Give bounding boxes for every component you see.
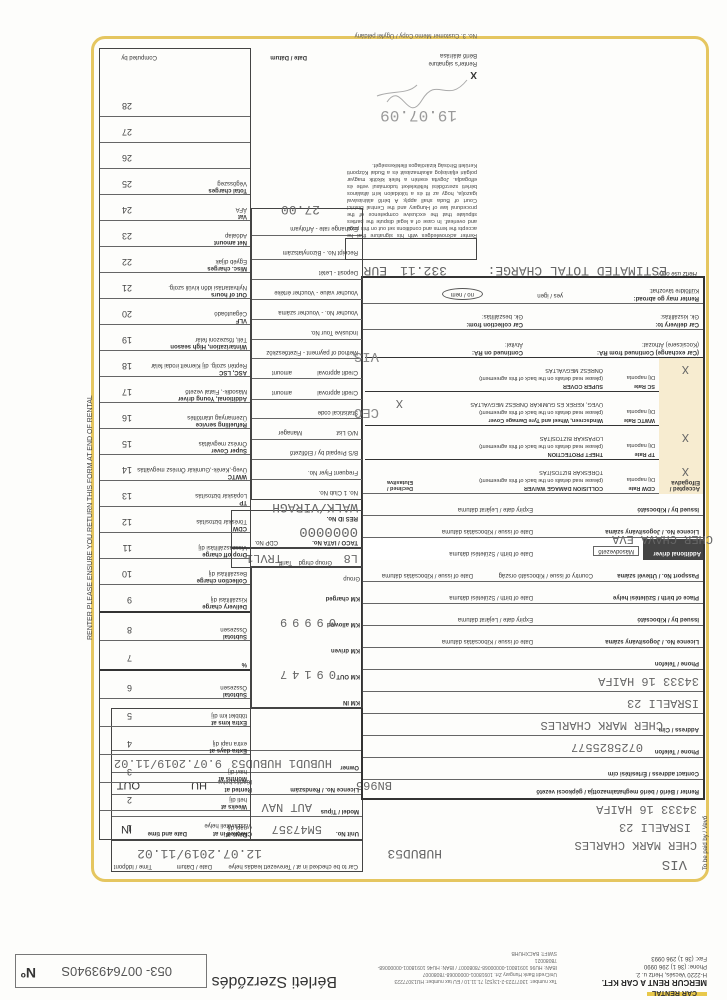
charge-row-24: VatÁFA27.0024 bbox=[100, 194, 250, 221]
coverage-sc-note: (please read details on the back of this… bbox=[479, 375, 603, 381]
charge-row-19: Wintarization, High seasonTéli, főszezon… bbox=[100, 324, 250, 351]
car-rental-label: CAR RENTAL bbox=[652, 989, 697, 996]
charge-25-sub: Végösszeg bbox=[217, 180, 247, 186]
charge-11-label: Drop off charge bbox=[202, 551, 247, 557]
handwritten-ceo: CEO bbox=[354, 404, 379, 420]
club-no-field[interactable]: No. 1 Club No. bbox=[252, 479, 362, 499]
coverage-tp-accept-cell: X bbox=[659, 426, 703, 460]
place-birth-label: Place of birth / Születési helye bbox=[613, 594, 699, 600]
charge-3-label: Months at bbox=[219, 775, 247, 781]
charge-3-number: 3 bbox=[127, 767, 132, 777]
owner-label: Owner bbox=[340, 764, 359, 770]
signature-x-mark: X bbox=[470, 69, 477, 80]
km-out-value: 09147 bbox=[275, 667, 336, 681]
model-value: AUT NAV bbox=[262, 800, 312, 814]
renter-phone-value: 0725825577 bbox=[571, 740, 643, 754]
coverage-tp-note: (please read details on the back of this… bbox=[479, 443, 603, 449]
checkin-box: Car to be checked in at / Terevezett lea… bbox=[111, 840, 363, 872]
km-in-label: KM IN bbox=[343, 699, 360, 705]
additional-licence-label: Licence No. / Jogosítvány száma bbox=[605, 528, 699, 534]
prepaid-by-field[interactable]: B/S Prepaid by / Előfizető bbox=[252, 439, 362, 459]
renter-expiry-label: Expiry date / Lejárat dátuma bbox=[458, 616, 533, 622]
checkin-location: HUBUD53 bbox=[387, 846, 442, 861]
amount-1[interactable]: amount bbox=[272, 389, 292, 395]
charge-row-12: CDWTöréskár biztosítás12 bbox=[100, 506, 250, 533]
renter-address-row: Address / Cím CHER MARK CHARLES bbox=[363, 713, 703, 736]
abroad-sub: Külföldre távozhat: bbox=[649, 287, 699, 293]
model-label: Model / Típus bbox=[321, 808, 359, 814]
statistical-code-field[interactable]: Statistical code bbox=[252, 399, 362, 419]
charge-18-number: 18 bbox=[122, 361, 132, 371]
delivery-label: Car delivery to: bbox=[655, 321, 699, 327]
renter-address-label: Address / Cím bbox=[659, 726, 699, 732]
charge-10-number: 10 bbox=[122, 569, 132, 579]
credit-approval-row-1: Credit approval amount bbox=[252, 378, 362, 399]
additional-issued-row: Issued by / Kibocsátó Expiry date / Lejá… bbox=[363, 493, 703, 516]
checkin-time-label: Time / Időpont bbox=[114, 863, 152, 869]
charge-16-sub: Üzemanyag utántöltés bbox=[187, 414, 247, 420]
passport-date-issue-label: Date of issue / Kibocsátás dátuma bbox=[382, 572, 473, 578]
charge-1-sub: napi díj bbox=[228, 824, 247, 830]
charge-24-label: Vat bbox=[238, 213, 247, 219]
additional-driver-row: Additional driver Másodvezető CHER CHAVA… bbox=[363, 537, 703, 560]
charge-row-10: Collection chargeBeszállítási díj10 bbox=[100, 558, 250, 585]
car-exchange-row: (Car exchange) Continued from RA: (Kocsi… bbox=[363, 329, 703, 358]
charge-14-label: WWTC bbox=[228, 473, 247, 479]
estimated-total-label: ESTIMATED TOTAL CHARGE: bbox=[488, 263, 667, 278]
coverage-cdw-code: CDW Rate bbox=[628, 485, 655, 491]
charge-row-23: Net amountAdóalap23 bbox=[100, 220, 250, 247]
serial-number-box: 053- 0076493940S Nº bbox=[15, 954, 207, 988]
continued-on-sub: Átvitel: bbox=[505, 341, 523, 347]
vis-value: VIS bbox=[662, 856, 687, 872]
document-title: Bérleti Szerződés bbox=[212, 972, 337, 990]
renter-street-value: ISRAELI 23 bbox=[627, 696, 699, 710]
charge-24-number: 24 bbox=[122, 205, 132, 215]
km-out-label: KM OUT bbox=[336, 673, 360, 679]
charge-23-sub: Adóalap bbox=[225, 232, 247, 238]
additional-expiry-label: Expiry date / Lejárat dátuma bbox=[458, 506, 533, 512]
renter-date-issue-label: Date of issue / Kibocsátás dátuma bbox=[442, 638, 533, 644]
computed-by-label: Computed by bbox=[121, 54, 157, 60]
charge-6-number: 6 bbox=[127, 683, 132, 693]
charge-row-8: SubtotalÖsszesen8 bbox=[100, 611, 250, 641]
charge-5-number: 5 bbox=[127, 711, 132, 721]
charge-4-number: 4 bbox=[127, 739, 132, 749]
renter-section-label: Renter / Bérlő / bérlő meghatalmazottja … bbox=[536, 788, 699, 794]
charge-15-number: 15 bbox=[122, 439, 132, 449]
continued-on-label: Continued on RA: bbox=[472, 349, 523, 355]
unit-no-label: Unit No. bbox=[336, 830, 359, 836]
swift: SWIFT: BACXHUHB bbox=[357, 949, 557, 956]
charge-21-sub: Nyitvatartási időn kívüli szolg. bbox=[168, 284, 247, 290]
charge-row-14: WWTCÜveg-,Kerék-,Gumikár Önrész megváltá… bbox=[100, 454, 250, 481]
charge-7-number: 7 bbox=[127, 653, 132, 663]
additional-date-issue-label: Date of issue / Kibocsátás dátuma bbox=[442, 528, 533, 534]
charge-15-label: Super Cover bbox=[211, 447, 247, 453]
contact-label: Contact address / Értesítési cím bbox=[608, 770, 699, 776]
charge-row-21: Out of hoursNyitvatartási időn kívüli sz… bbox=[100, 272, 250, 299]
date-birth-label: Date of birth / Születési dátuma bbox=[449, 594, 533, 600]
charge-19-sub: Téli, főszezoni felár bbox=[195, 336, 247, 342]
charges-table: Days atnapi díj1 Weeks atheti díj2 Month… bbox=[99, 48, 251, 840]
charge-9-label: Delivery charge bbox=[202, 603, 247, 609]
serial-prefix: Nº bbox=[21, 965, 36, 981]
coverage-wwtc-hu-title: ÜVEG, KERÉK ÉS GUMIKÁR ÖNRÉSZ MEGVÁLTÁS bbox=[470, 401, 603, 407]
charge-12-sub: Töréskár biztosítás bbox=[196, 518, 247, 524]
frequent-flyer-field[interactable]: Frequent Flyer No. bbox=[252, 459, 362, 479]
charge-3-sub: havi díj bbox=[228, 768, 247, 774]
charge-2-label: Weeks at bbox=[221, 803, 247, 809]
renter-address-printed: ISRAELI 23 bbox=[619, 820, 691, 834]
unit-no-value: 5M47357 bbox=[272, 822, 322, 836]
res-id-value: WALK/VIRAGH bbox=[272, 500, 358, 515]
charge-9-number: 9 bbox=[127, 595, 132, 605]
exchange-sub: (Kocsicsere) Áthozat: bbox=[642, 341, 699, 347]
voucher-no-field[interactable]: Voucher No. - Voucher száma bbox=[252, 299, 362, 319]
charge-13-label: TP bbox=[239, 499, 247, 505]
tax-number: Tax number: 13077223-2-13(S2) 71.11.10 /… bbox=[357, 977, 557, 984]
coverage-sc-hu-title: ÖNRÉSZ MEGVÁLTÁS bbox=[545, 367, 603, 373]
serial-number: 053- 0076493940S bbox=[61, 964, 172, 979]
coverage-tp-hu: Díj naponta bbox=[627, 442, 655, 448]
checkin-date-label: Date / Dátum bbox=[177, 863, 212, 869]
charge-23-label: Net amount bbox=[214, 239, 247, 245]
renter-phone2-row: Phone / Telefon bbox=[363, 647, 703, 670]
km-box: KM IN KM OUT 09147 KM driven KM allowed … bbox=[251, 566, 363, 708]
charge-12-number: 12 bbox=[122, 517, 132, 527]
coverage-wwtc-mark[interactable]: X bbox=[396, 396, 403, 410]
renter-city-value: 34333 16 HAIFA bbox=[598, 674, 699, 688]
charge-27-number: 27 bbox=[122, 127, 132, 137]
coverage-cdw-accept-cell: Accepted / ElfogadvaX bbox=[659, 460, 703, 494]
charge-row-18: ASC, LSCReptéri szolg. díj Kiemelt iroda… bbox=[100, 350, 250, 377]
country-issue-label: Country of issue / Kibocsátó ország bbox=[499, 572, 593, 578]
abroad-no-circled[interactable]: no / nem bbox=[442, 288, 483, 300]
method-of-payment-field[interactable]: Method of payment - Fizetőeszköz bbox=[252, 339, 362, 359]
coverage-sc-mark[interactable]: X bbox=[682, 362, 689, 376]
coverage-sc-hu: Díj naponta bbox=[627, 374, 655, 380]
km-charged-label: KM charged bbox=[326, 595, 360, 601]
charge-row-27: 27 bbox=[100, 116, 250, 143]
charge-4-sub: extra napi díj bbox=[213, 740, 247, 746]
renter-phone-label: Phone / Telefon bbox=[655, 748, 699, 754]
tariff-value: TRVL1 bbox=[246, 551, 282, 565]
abroad-row: Renter may go abroad: Külföldre távozhat… bbox=[363, 280, 703, 304]
charge-row-20: VLFCégautóadó20 bbox=[100, 298, 250, 325]
charge-14-number: 14 bbox=[122, 465, 132, 475]
charge-11-sub: Visszaszállítási díj bbox=[198, 544, 247, 550]
coverage-wwtc-code: WWTC Rate bbox=[624, 417, 655, 423]
charge-row-11: Drop off chargeVisszaszállítási díj11 bbox=[100, 532, 250, 559]
renter-city-row: 34333 16 HAIFA bbox=[363, 669, 703, 692]
coverage-sc-accept-cell: X bbox=[659, 358, 703, 392]
charge-24-sub: ÁFA bbox=[236, 206, 247, 212]
checkin-label: Car to be checked in at / Terevezett lea… bbox=[228, 863, 358, 869]
credit-approval-1[interactable]: Credit approval bbox=[317, 389, 358, 395]
charge-row-13: TPLopáskár biztosítás13 bbox=[100, 480, 250, 507]
charge-row-2: Weeks atheti díj2 bbox=[100, 782, 250, 811]
coverage-cdw-note: (please read details on the back of this… bbox=[479, 477, 603, 483]
signature-label: Renter's signature bbox=[428, 60, 477, 66]
charge-25-number: 25 bbox=[122, 179, 132, 189]
to-be-paid-by-label: To be paid by / Vevő bbox=[703, 816, 709, 870]
iban: IBAN: HU96 10918001-00000068-78080007 / … bbox=[357, 956, 557, 970]
coverage-sc-title: SUPER COVER bbox=[563, 383, 603, 389]
coverage-tp-code: TP Rate bbox=[635, 451, 655, 457]
charge-5-label: Extra kms at bbox=[211, 719, 247, 725]
renter-licence-label: Licence No. / Jogosítvány száma bbox=[605, 638, 699, 644]
coverage-wwtc-accept-cell bbox=[659, 392, 703, 426]
coverage-wwtc-hu: Díj naponta bbox=[627, 408, 655, 414]
charge-13-sub: Lopáskár biztosítás bbox=[195, 492, 247, 498]
charge-8-label: Subtotal bbox=[223, 633, 247, 639]
coverage-tp-mark[interactable]: X bbox=[682, 430, 689, 444]
passport-row: Passport No. / Útlevél száma Country of … bbox=[363, 559, 703, 582]
credit-approval-row-2: Credit approval amount bbox=[252, 358, 362, 379]
charge-25-label: Total charges bbox=[208, 187, 247, 193]
renter-header-row: Renter / Bérlő / bérlő meghatalmazottja … bbox=[363, 779, 703, 798]
charge-12-label: CDW bbox=[233, 525, 247, 531]
additional-issued-by-label: Issued by / Kibocsátó bbox=[637, 506, 699, 512]
abroad-label: Renter may go abroad: bbox=[634, 295, 699, 301]
copy-label: No. 3. Customer Memo Copy / Ügyfél példá… bbox=[355, 32, 477, 38]
rental-agreement-document: MERCUR RENT A CAR KFT. H-2220 Vecsés, He… bbox=[0, 0, 727, 1000]
charge-10-sub: Beszállítási díj bbox=[209, 570, 247, 576]
terms-text: Renter acknowledges with his signature t… bbox=[347, 161, 477, 238]
charge-19-number: 19 bbox=[122, 335, 132, 345]
charge-23-number: 23 bbox=[122, 231, 132, 241]
coverage-tp-title: THEFT PROTECTION bbox=[548, 451, 603, 457]
charge-6-label: Subtotal bbox=[223, 691, 247, 697]
coverage-tp: X TP Rate Díj naponta THEFT PROTECTION (… bbox=[365, 425, 703, 460]
checkin-datetime: 12.07.2019/11.02 bbox=[137, 846, 262, 861]
charge-1-label: Days at bbox=[226, 831, 247, 837]
charge-20-number: 20 bbox=[122, 309, 132, 319]
ng-list-field[interactable]: N/G List bbox=[336, 429, 358, 435]
charge-8-sub: Összesen bbox=[220, 626, 247, 632]
charge-row-5: Extra kms attöbblet km díj5 bbox=[100, 698, 250, 727]
renter-name-printed: CHER MARK CHARLES bbox=[575, 838, 697, 852]
group-label: Group bbox=[343, 575, 360, 581]
signature-sub: Bérlő aláírása bbox=[440, 52, 477, 58]
renter-city-printed: 34333 16 HAIFA bbox=[596, 802, 697, 816]
charge-row-16: Refuelling serviceÜzemanyag utántöltés16 bbox=[100, 402, 250, 429]
coverage-decline-label: Declined / Elutasítva bbox=[365, 479, 413, 491]
coverage-tp-hu-title: LOPÁSKÁR BIZTOSÍTÁS bbox=[540, 435, 603, 441]
additional-licence-row: Licence No. / Jogosítvány száma Date of … bbox=[363, 515, 703, 538]
signature-scribble-icon bbox=[367, 70, 477, 110]
ng-manager-row: N/G List Manager bbox=[252, 418, 362, 439]
renter-birth-row: Place of birth / Születési helye Date of… bbox=[363, 581, 703, 604]
charge-1-number: 1 bbox=[127, 823, 132, 833]
coverage-accept-label: Accepted / Elfogadva bbox=[659, 479, 700, 491]
renter-licence-row: Licence No. / Jogosítvány száma Date of … bbox=[363, 625, 703, 648]
taco-label: TACO / IATA No. bbox=[312, 539, 358, 545]
charge-18-sub: Reptéri szolg. díj Kiemelt irodai felár bbox=[151, 362, 247, 368]
coverage-wwtc-title: Windscreen, Wheel and Tyre Damage Cover bbox=[489, 417, 603, 423]
delivery-sub: Gk. kiszállítás: bbox=[660, 313, 699, 319]
charge-18-label: ASC, LSC bbox=[219, 369, 247, 375]
charge-21-number: 21 bbox=[122, 283, 132, 293]
coverage-cdw-title: COLLISION DAMAGE WAIVER bbox=[524, 485, 603, 491]
agreement-header: MERCUR RENT A CAR KFT. H-2220 Vecsés, He… bbox=[7, 886, 707, 996]
renter-section: Renter / Bérlő / bérlő meghatalmazottja … bbox=[361, 276, 705, 800]
estimated-total-value: 332.11 bbox=[400, 263, 447, 278]
group-chrgd-label: Group chrgd bbox=[299, 559, 332, 565]
vat-handwritten: 27.00 bbox=[281, 202, 320, 217]
coverage-sc-code: SC Rate bbox=[634, 383, 655, 389]
abroad-yes[interactable]: yes / igen bbox=[537, 292, 563, 298]
coverage-sc: X SC Rate Díj naponta SUPER COVER (pleas… bbox=[365, 357, 703, 392]
return-form-notice: RENTER PLEASE ENSURE YOU RETURN THIS FOR… bbox=[87, 395, 94, 640]
credit-approval-2[interactable]: Credit approval bbox=[317, 369, 358, 375]
charge-row-1: Days atnapi díj1 bbox=[100, 810, 250, 839]
charge-22-number: 22 bbox=[122, 257, 132, 267]
date-label: Date / Dátum bbox=[270, 54, 307, 60]
charge-2-sub: heti díj bbox=[229, 796, 247, 802]
charge-11-number: 11 bbox=[123, 543, 132, 553]
charge-row-4: Extra days atextra napi díj4 bbox=[100, 726, 250, 755]
charge-7-label: % bbox=[242, 661, 247, 667]
renter-phone-row: Phone / Telefon 0725825577 bbox=[363, 735, 703, 758]
coverage-cdw-mark[interactable]: X bbox=[682, 464, 689, 478]
charge-row-22: Misc. chargesEgyéb díjak22 bbox=[100, 246, 250, 273]
charge-20-label: VLF bbox=[236, 317, 247, 323]
km-driven-label: KM driven bbox=[331, 647, 360, 653]
charge-17-label: Additional, Young driver bbox=[178, 395, 247, 401]
charge-row-3: Months athavi díj3 bbox=[100, 754, 250, 783]
exchange-label: (Car exchange) Continued from RA: bbox=[597, 349, 699, 355]
renter-street-row: ISRAELI 23 bbox=[363, 691, 703, 714]
collection-sub: Gk. beszállítás: bbox=[482, 313, 523, 319]
km-allowed-value: 09999 bbox=[275, 615, 336, 629]
terms-empty-box bbox=[345, 238, 477, 260]
charge-19-label: Wintarization, High season bbox=[170, 343, 247, 349]
voucher-value-field[interactable]: Voucher value - Voucher értéke bbox=[252, 279, 362, 299]
handwritten-vis: VIS bbox=[354, 348, 379, 364]
charge-8-number: 8 bbox=[127, 625, 132, 635]
passport-label: Passport No. / Útlevél száma bbox=[617, 572, 699, 578]
charge-5-sub: többlet km díj bbox=[211, 712, 247, 718]
inclusive-tour-field[interactable]: Inclusive Tour No. bbox=[252, 319, 362, 339]
coverage-wwtc-note: (please read details on the back of this… bbox=[479, 409, 603, 415]
res-id-label: RES ID No. bbox=[327, 515, 358, 521]
charge-6-sub: Összesen bbox=[220, 684, 247, 690]
renter-signature[interactable] bbox=[367, 70, 477, 110]
estimated-total-currency: EUR bbox=[364, 263, 387, 278]
charge-13-number: 13 bbox=[122, 491, 132, 501]
charge-14-sub: Üveg-,Kerék-,Gumikár Önrész megváltás bbox=[137, 466, 247, 472]
additional-date-birth-label: Date of birth / Születési dátuma bbox=[449, 550, 533, 556]
amount-2[interactable]: amount bbox=[272, 369, 292, 375]
charge-2-number: 2 bbox=[127, 795, 132, 805]
charge-28-number: 28 bbox=[122, 101, 132, 111]
charge-16-label: Refuelling service bbox=[196, 421, 247, 427]
coverage-cdw-hu: Díj naponta bbox=[627, 476, 655, 482]
bank-account: UniCredit Bank Hungary Zrt. 10918001-000… bbox=[357, 970, 557, 977]
group-value: L8 bbox=[344, 551, 358, 565]
charge-row-17: Additional, Young driverMásodik-, Fiatal… bbox=[100, 376, 250, 403]
charge-row-7: %7 bbox=[100, 640, 250, 669]
charge-20-sub: Cégautóadó bbox=[214, 310, 247, 316]
charge-17-number: 17 bbox=[122, 387, 132, 397]
collection-label: Car collection from: bbox=[466, 321, 523, 327]
charge-26-number: 26 bbox=[122, 153, 132, 163]
charge-10-label: Collection charge bbox=[197, 577, 247, 583]
cdp-label: CDP No. bbox=[254, 539, 278, 545]
charge-row-26: 26 bbox=[100, 142, 250, 169]
coverage-cdw: Accepted / ElfogadvaX CDW Rate Díj napon… bbox=[365, 459, 703, 494]
charge-row-28: 28 bbox=[100, 91, 250, 117]
charge-16-number: 16 bbox=[122, 413, 132, 423]
coverage-wwtc: WWTC Rate Díj naponta Windscreen, Wheel … bbox=[365, 391, 703, 426]
deposit-field[interactable]: Deposit - Letét bbox=[252, 259, 362, 279]
charge-row-15: Super CoverÖnrész megváltás15 bbox=[100, 428, 250, 455]
charge-row-9: Delivery chargeKiszállítási díj9 bbox=[100, 584, 250, 611]
bank-info: Tax number: 13077223-2-13(S2) 71.11.10 /… bbox=[357, 949, 557, 984]
charge-row-6: SubtotalÖsszesen6 bbox=[100, 669, 250, 699]
renter-issued-by-label: Issued by / Kibocsátó bbox=[637, 616, 699, 622]
charge-9-sub: Kiszállítási díj bbox=[211, 596, 247, 602]
charge-4-label: Extra days at bbox=[210, 747, 247, 753]
renter-issued-row: Issued by / Kibocsátó Expiry date / Lejá… bbox=[363, 603, 703, 626]
contact-row: Contact address / Értesítési cím bbox=[363, 757, 703, 780]
coverage-cdw-hu-title: TÖRÉSKÁR BIZTOSÍTÁS bbox=[539, 469, 603, 475]
additional-driver-sub: Másodvezető bbox=[593, 546, 639, 556]
delivery-row: Car delivery to: Gk. kiszállítás: Car co… bbox=[363, 303, 703, 330]
charge-22-label: Misc. charges bbox=[207, 265, 247, 271]
charge-15-sub: Önrész megváltás bbox=[199, 440, 247, 446]
taco-value: 0000000 bbox=[299, 523, 358, 539]
renter-name-value: CHER MARK CHARLES bbox=[541, 718, 663, 732]
licence-label: Licence No. / Rendszám bbox=[290, 786, 359, 792]
renter-phone2-label: Phone / Telefon bbox=[655, 660, 699, 666]
charge-22-sub: Egyéb díjak bbox=[216, 258, 247, 264]
charge-17-sub: Második-, Fiatal vezető bbox=[185, 388, 247, 394]
manager-field[interactable]: Manager bbox=[278, 429, 302, 435]
charge-21-label: Out of hours bbox=[211, 291, 247, 297]
charge-row-25: Total chargesVégösszeg25 bbox=[100, 168, 250, 195]
